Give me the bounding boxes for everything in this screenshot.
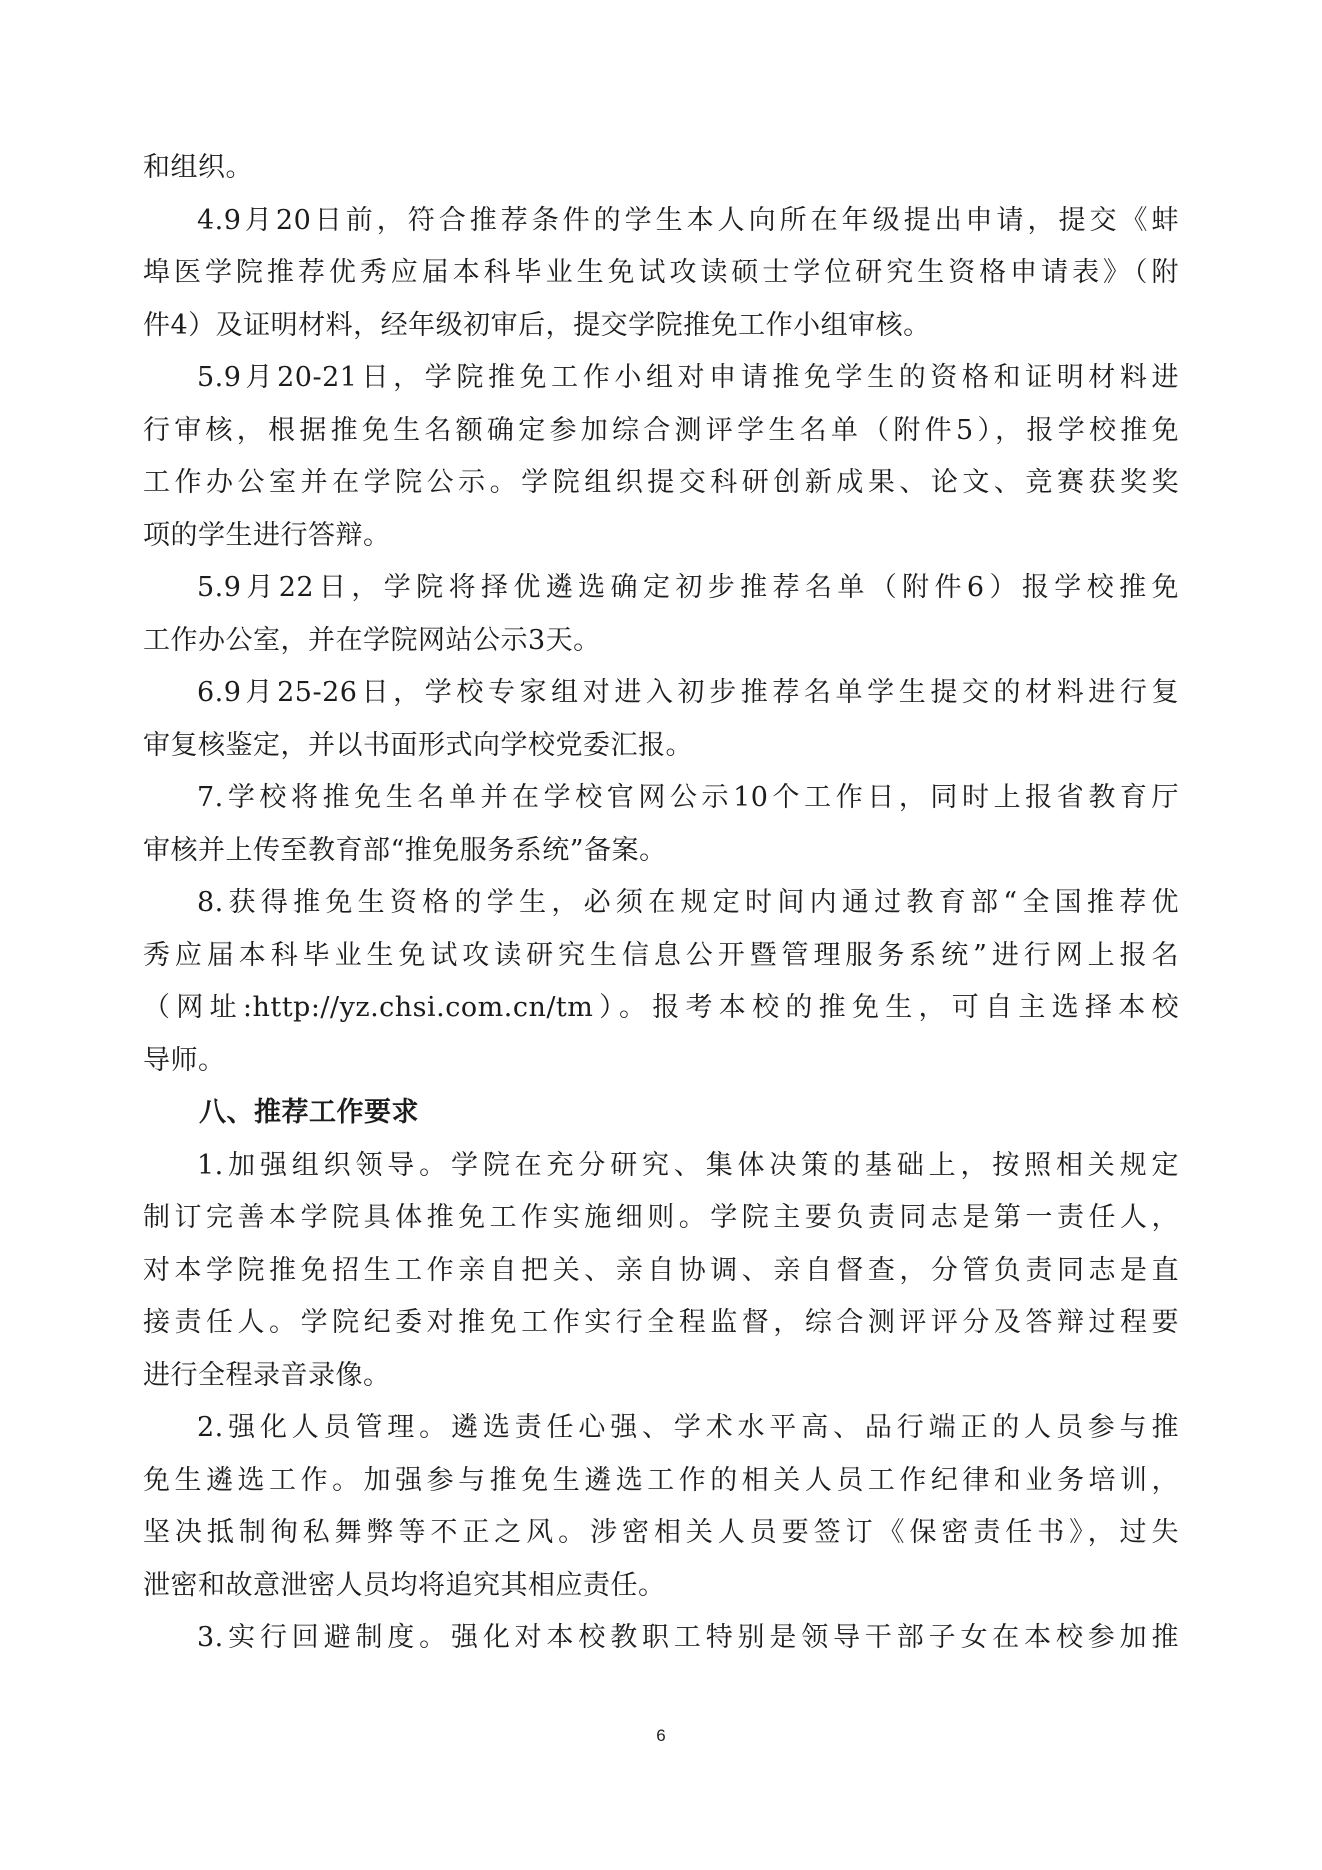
- text-line: 制订完善本学院具体推免工作实施细则。学院主要负责同志是第一责任人，: [143, 1192, 1179, 1245]
- text-line: 7.学校将推免生名单并在学校官网公示10个工作日，同时上报省教育厅: [143, 772, 1179, 825]
- text-line: 工作办公室，并在学院网站公示3天。: [143, 615, 1179, 668]
- text-line: 接责任人。学院纪委对推免工作实行全程监督，综合测评评分及答辩过程要: [143, 1297, 1179, 1350]
- text-line: 3.实行回避制度。强化对本校教职工特别是领导干部子女在本校参加推: [143, 1612, 1179, 1665]
- text-line: 免生遴选工作。加强参与推免生遴选工作的相关人员工作纪律和业务培训，: [143, 1455, 1179, 1508]
- text-line: 项的学生进行答辩。: [143, 510, 1179, 563]
- text-line: 5.9月20-21日，学院推免工作小组对申请推免学生的资格和证明材料进: [143, 352, 1179, 405]
- text-line: 埠医学院推荐优秀应届本科毕业生免试攻读硕士学位研究生资格申请表》（附: [143, 247, 1179, 300]
- text-line: 对本学院推免招生工作亲自把关、亲自协调、亲自督查，分管负责同志是直: [143, 1245, 1179, 1298]
- page-number: 6: [0, 1726, 1322, 1746]
- text-line: 2.强化人员管理。遴选责任心强、学术水平高、品行端正的人员参与推: [143, 1402, 1179, 1455]
- text-line: 导师。: [143, 1035, 1179, 1088]
- text-line: 和组织。: [143, 142, 1179, 195]
- text-line: 件4）及证明材料，经年级初审后，提交学院推免工作小组审核。: [143, 300, 1179, 353]
- text-line: 4.9月20日前，符合推荐条件的学生本人向所在年级提出申请，提交《蚌: [143, 195, 1179, 248]
- text-line: 审核并上传至教育部“推免服务系统”备案。: [143, 825, 1179, 878]
- section-heading: 八、推荐工作要求: [143, 1087, 1179, 1140]
- document-page: 和组织。 4.9月20日前，符合推荐条件的学生本人向所在年级提出申请，提交《蚌 …: [143, 142, 1179, 1665]
- text-line: 6.9月25-26日，学校专家组对进入初步推荐名单学生提交的材料进行复: [143, 667, 1179, 720]
- text-line: 工作办公室并在学院公示。学院组织提交科研创新成果、论文、竞赛获奖奖: [143, 457, 1179, 510]
- text-line: 审复核鉴定，并以书面形式向学校党委汇报。: [143, 720, 1179, 773]
- text-line: 泄密和故意泄密人员均将追究其相应责任。: [143, 1560, 1179, 1613]
- text-line: 1.加强组织领导。学院在充分研究、集体决策的基础上，按照相关规定: [143, 1140, 1179, 1193]
- text-line: 进行全程录音录像。: [143, 1350, 1179, 1403]
- text-line: （网址:http://yz.chsi.com.cn/tm）。报考本校的推免生，可…: [143, 982, 1179, 1035]
- text-line: 行审核，根据推免生名额确定参加综合测评学生名单（附件5），报学校推免: [143, 405, 1179, 458]
- text-line: 5.9月22日，学院将择优遴选确定初步推荐名单（附件6）报学校推免: [143, 562, 1179, 615]
- text-line: 坚决抵制徇私舞弊等不正之风。涉密相关人员要签订《保密责任书》，过失: [143, 1507, 1179, 1560]
- text-line: 秀应届本科毕业生免试攻读研究生信息公开暨管理服务系统”进行网上报名: [143, 930, 1179, 983]
- text-line: 8.获得推免生资格的学生，必须在规定时间内通过教育部“全国推荐优: [143, 877, 1179, 930]
